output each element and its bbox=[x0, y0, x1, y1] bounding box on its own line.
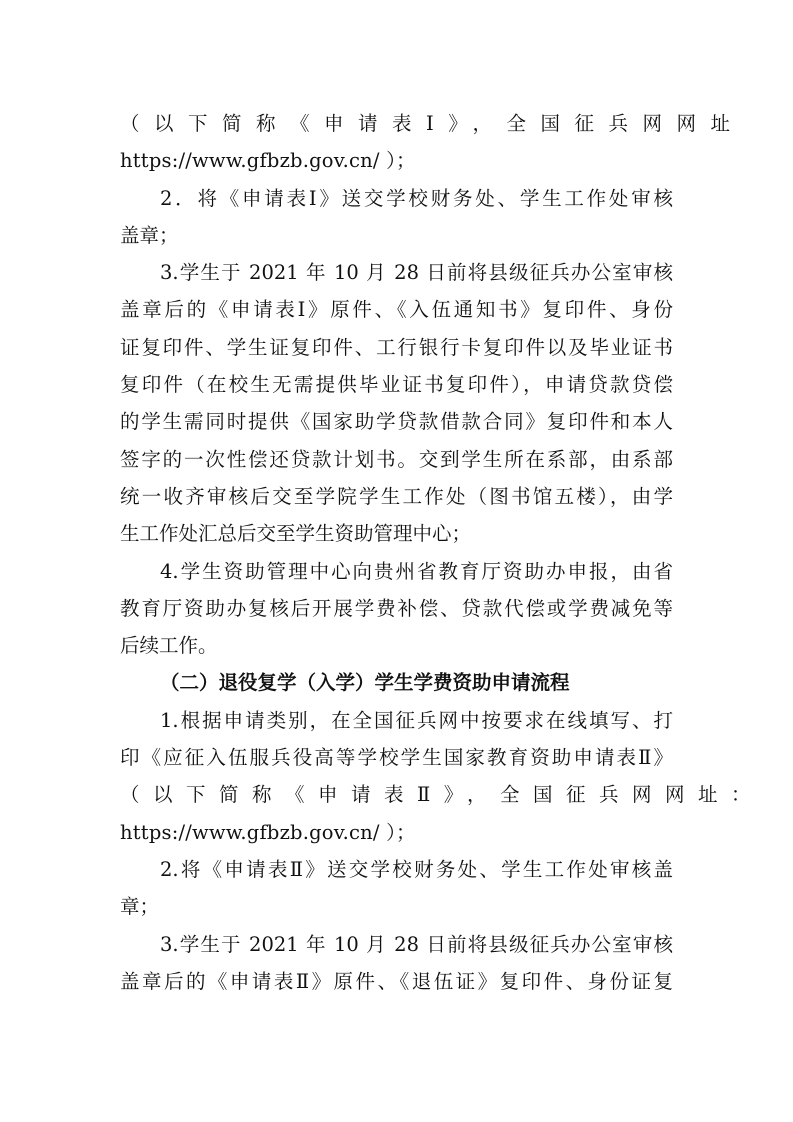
url-line: https://www.gfbzb.gov.cn/ ）； bbox=[120, 142, 673, 179]
text-line: 3.学生于 2021 年 10 月 28 日前将县级征兵办公室审核 bbox=[120, 926, 673, 963]
text-line: 盖章后的《申请表Ⅰ》原件、《入伍通知书》复印件、身份 bbox=[120, 291, 673, 328]
text-line: 的学生需同时提供《国家助学贷款借款合同》复印件和本人 bbox=[120, 403, 673, 440]
text-line: （以下简称《申请表Ⅱ》，全国征兵网网址： bbox=[120, 776, 673, 813]
section-heading: （二）退役复学（入学）学生学费资助申请流程 bbox=[120, 664, 673, 701]
text-line: 章； bbox=[120, 888, 673, 925]
url-line: https://www.gfbzb.gov.cn/ ）； bbox=[120, 814, 673, 851]
text-line: 盖章； bbox=[120, 217, 673, 254]
text-line: 3.学生于 2021 年 10 月 28 日前将县级征兵办公室审核 bbox=[120, 254, 673, 291]
text-line: 复印件（在校生无需提供毕业证书复印件），申请贷款贷偿 bbox=[120, 366, 673, 403]
text-line: 统一收齐审核后交至学院学生工作处（图书馆五楼），由学 bbox=[120, 478, 673, 515]
text-line: 印《应征入伍服兵役高等学校学生国家教育资助申请表Ⅱ》 bbox=[120, 739, 673, 776]
text-line: 2．将《申请表Ⅰ》送交学校财务处、学生工作处审核 bbox=[120, 180, 673, 217]
text-line: 后续工作。 bbox=[120, 627, 673, 664]
text-line: 盖章后的《申请表Ⅱ》原件、《退伍证》复印件、身份证复 bbox=[120, 963, 673, 1000]
text-line: 证复印件、学生证复印件、工行银行卡复印件以及毕业证书 bbox=[120, 329, 673, 366]
text-line: （以下简称《申请表Ⅰ》，全国征兵网网址 bbox=[120, 105, 673, 142]
text-line: 教育厅资助办复核后开展学费补偿、贷款代偿或学费减免等 bbox=[120, 590, 673, 627]
text-line: 4.学生资助管理中心向贵州省教育厅资助办申报，由省 bbox=[120, 553, 673, 590]
text-line: 2.将《申请表Ⅱ》送交学校财务处、学生工作处审核盖 bbox=[120, 851, 673, 888]
text-line: 签字的一次性偿还贷款计划书。交到学生所在系部，由系部 bbox=[120, 441, 673, 478]
text-line: 1.根据申请类别，在全国征兵网中按要求在线填写、打 bbox=[120, 702, 673, 739]
text-line: 生工作处汇总后交至学生资助管理中心； bbox=[120, 515, 673, 552]
document-page: （以下简称《申请表Ⅰ》，全国征兵网网址 https://www.gfbzb.go… bbox=[120, 105, 673, 1000]
